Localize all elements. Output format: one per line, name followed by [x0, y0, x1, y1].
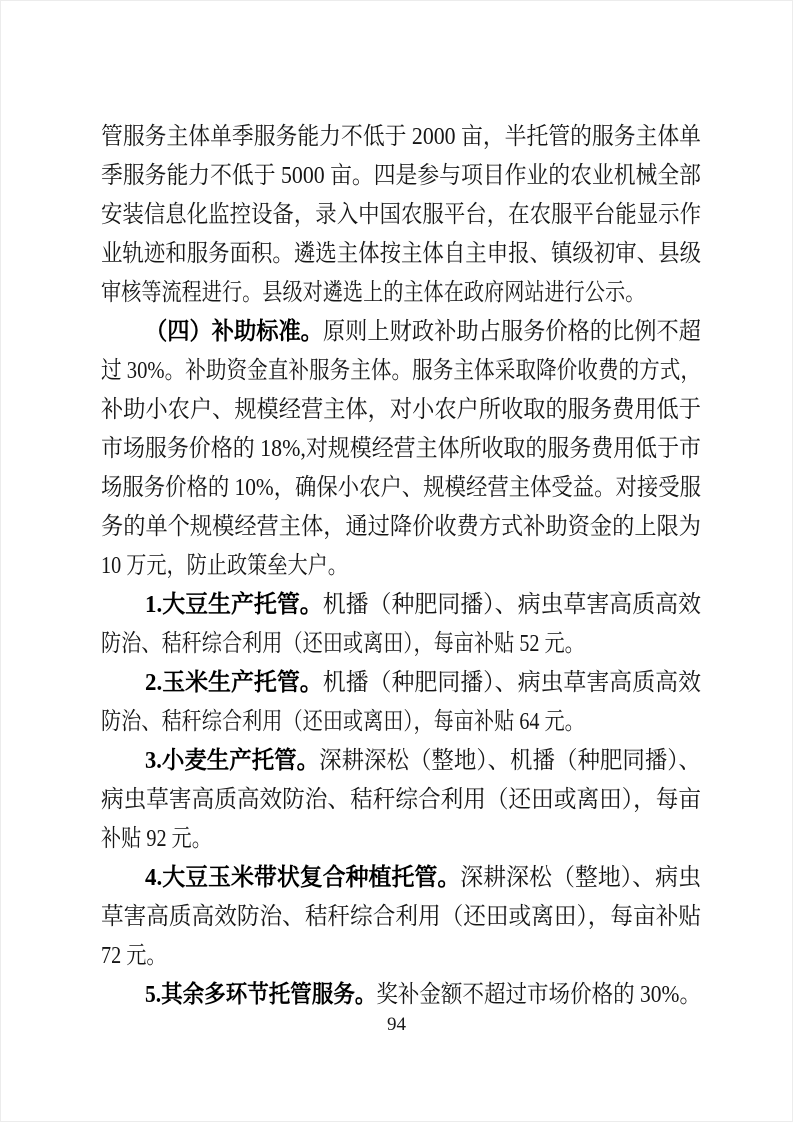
text-line-content: 过 30%。补助资金直补服务主体。服务主体采取降价收费的方式，: [101, 352, 701, 391]
text-run: 安装信息化监控设备，录入中国农服平台，在农服平台能显示作: [101, 202, 701, 228]
text-line: 审核等流程进行。县级对遴选上的主体在政府网站进行公示。: [101, 274, 701, 313]
text-line: 补助小农户、规模经营主体，对小农户所收取的服务费用低于: [101, 391, 701, 430]
text-line-content: 补助小农户、规模经营主体，对小农户所收取的服务费用低于: [101, 391, 701, 430]
heading-run: 3.小麦生产托管。: [145, 748, 319, 774]
text-line: 72 元。: [101, 937, 701, 976]
text-line: （四）补助标准。原则上财政补助占服务价格的比例不超: [101, 313, 701, 352]
document-page: 管服务主体单季服务能力不低于 2000 亩，半托管的服务主体单季服务能力不低于 …: [0, 0, 793, 1122]
text-run: 补助小农户、规模经营主体，对小农户所收取的服务费用低于: [101, 397, 701, 423]
text-line-content: 业轨迹和服务面积。遴选主体按主体自主申报、镇级初审、县级: [101, 235, 701, 274]
text-line-content: 季服务能力不低于 5000 亩。四是参与项目作业的农业机械全部: [101, 157, 701, 196]
text-run: 奖补金额不超过市场价格的 30%。: [376, 982, 701, 1008]
text-line: 4.大豆玉米带状复合种植托管。深耕深松（整地）、病虫: [101, 859, 701, 898]
text-line-content: 4.大豆玉米带状复合种植托管。深耕深松（整地）、病虫: [145, 859, 701, 898]
text-run: 草害高质高效防治、秸秆综合利用（还田或离田），每亩补贴: [101, 904, 701, 930]
text-line: 业轨迹和服务面积。遴选主体按主体自主申报、镇级初审、县级: [101, 235, 701, 274]
text-line: 3.小麦生产托管。深耕深松（整地）、机播（种肥同播）、: [101, 742, 701, 781]
text-run: 深耕深松（整地）、病虫: [460, 865, 701, 891]
text-line-content: 72 元。: [101, 937, 167, 976]
text-line: 安装信息化监控设备，录入中国农服平台，在农服平台能显示作: [101, 196, 701, 235]
text-line-content: 市场服务价格的 18%,对规模经营主体所收取的服务费用低于市: [101, 430, 701, 469]
text-line-content: 防治、秸秆综合利用（还田或离田），每亩补贴 52 元。: [101, 625, 585, 664]
text-run: 深耕深松（整地）、机播（种肥同播）、: [319, 748, 701, 774]
heading-run: （四）补助标准。: [145, 319, 323, 345]
text-run: 10 万元，防止政策垒大户。: [101, 553, 348, 579]
text-line: 5.其余多环节托管服务。奖补金额不超过市场价格的 30%。: [101, 976, 701, 1015]
text-run: 病虫草害高质高效防治、秸秆综合利用（还田或离田），每亩: [101, 787, 701, 813]
text-run: 补贴 92 元。: [101, 826, 212, 852]
text-line-content: 3.小麦生产托管。深耕深松（整地）、机播（种肥同播）、: [145, 742, 701, 781]
text-line-content: 2.玉米生产托管。机播（种肥同播）、病虫草害高质高效: [145, 664, 701, 703]
heading-run: 4.大豆玉米带状复合种植托管。: [145, 865, 460, 891]
text-run: 防治、秸秆综合利用（还田或离田），每亩补贴 64 元。: [101, 709, 585, 735]
heading-run: 5.其余多环节托管服务。: [145, 982, 376, 1008]
text-line: 防治、秸秆综合利用（还田或离田），每亩补贴 52 元。: [101, 625, 701, 664]
text-line-content: 管服务主体单季服务能力不低于 2000 亩，半托管的服务主体单: [101, 118, 701, 157]
text-line: 过 30%。补助资金直补服务主体。服务主体采取降价收费的方式，: [101, 352, 701, 391]
text-line: 草害高质高效防治、秸秆综合利用（还田或离田），每亩补贴: [101, 898, 701, 937]
text-line: 2.玉米生产托管。机播（种肥同播）、病虫草害高质高效: [101, 664, 701, 703]
text-line: 补贴 92 元。: [101, 820, 701, 859]
text-run: 业轨迹和服务面积。遴选主体按主体自主申报、镇级初审、县级: [101, 241, 701, 267]
text-run: 审核等流程进行。县级对遴选上的主体在政府网站进行公示。: [101, 280, 645, 306]
text-run: 机播（种肥同播）、病虫草害高质高效: [323, 592, 701, 618]
text-run: 季服务能力不低于 5000 亩。四是参与项目作业的农业机械全部: [101, 163, 701, 189]
text-line-content: 5.其余多环节托管服务。奖补金额不超过市场价格的 30%。: [145, 976, 701, 1015]
text-line-content: 安装信息化监控设备，录入中国农服平台，在农服平台能显示作: [101, 196, 701, 235]
text-line-content: 病虫草害高质高效防治、秸秆综合利用（还田或离田），每亩: [101, 781, 701, 820]
text-line-content: 防治、秸秆综合利用（还田或离田），每亩补贴 64 元。: [101, 703, 585, 742]
text-line: 场服务价格的 10%，确保小农户、规模经营主体受益。对接受服: [101, 469, 701, 508]
text-line-content: 草害高质高效防治、秸秆综合利用（还田或离田），每亩补贴: [101, 898, 701, 937]
text-line-content: 10 万元，防止政策垒大户。: [101, 547, 348, 586]
text-run: 管服务主体单季服务能力不低于 2000 亩，半托管的服务主体单: [101, 124, 701, 150]
text-line-content: 补贴 92 元。: [101, 820, 212, 859]
text-run: 防治、秸秆综合利用（还田或离田），每亩补贴 52 元。: [101, 631, 585, 657]
text-run: 场服务价格的 10%，确保小农户、规模经营主体受益。对接受服: [101, 475, 701, 501]
text-line: 防治、秸秆综合利用（还田或离田），每亩补贴 64 元。: [101, 703, 701, 742]
text-line: 季服务能力不低于 5000 亩。四是参与项目作业的农业机械全部: [101, 157, 701, 196]
text-line: 病虫草害高质高效防治、秸秆综合利用（还田或离田），每亩: [101, 781, 701, 820]
text-run: 72 元。: [101, 943, 167, 969]
heading-run: 1.大豆生产托管。: [145, 592, 323, 618]
text-line: 管服务主体单季服务能力不低于 2000 亩，半托管的服务主体单: [101, 118, 701, 157]
text-line-content: 审核等流程进行。县级对遴选上的主体在政府网站进行公示。: [101, 274, 645, 313]
text-line-content: 务的单个规模经营主体，通过降价收费方式补助资金的上限为: [101, 508, 701, 547]
text-block: 管服务主体单季服务能力不低于 2000 亩，半托管的服务主体单季服务能力不低于 …: [101, 118, 701, 1015]
text-line: 10 万元，防止政策垒大户。: [101, 547, 701, 586]
text-line: 务的单个规模经营主体，通过降价收费方式补助资金的上限为: [101, 508, 701, 547]
text-line-content: 1.大豆生产托管。机播（种肥同播）、病虫草害高质高效: [145, 586, 701, 625]
heading-run: 2.玉米生产托管。: [145, 670, 323, 696]
text-line-content: 场服务价格的 10%，确保小农户、规模经营主体受益。对接受服: [101, 469, 701, 508]
text-run: 原则上财政补助占服务价格的比例不超: [323, 319, 701, 345]
text-line: 市场服务价格的 18%,对规模经营主体所收取的服务费用低于市: [101, 430, 701, 469]
text-run: 机播（种肥同播）、病虫草害高质高效: [323, 670, 701, 696]
text-run: 市场服务价格的 18%,对规模经营主体所收取的服务费用低于市: [101, 436, 701, 462]
text-run: 过 30%。补助资金直补服务主体。服务主体采取降价收费的方式，: [101, 358, 701, 384]
text-line: 1.大豆生产托管。机播（种肥同播）、病虫草害高质高效: [101, 586, 701, 625]
page-number: 94: [1, 1014, 792, 1036]
text-line-content: （四）补助标准。原则上财政补助占服务价格的比例不超: [145, 313, 701, 352]
text-run: 务的单个规模经营主体，通过降价收费方式补助资金的上限为: [101, 514, 701, 540]
